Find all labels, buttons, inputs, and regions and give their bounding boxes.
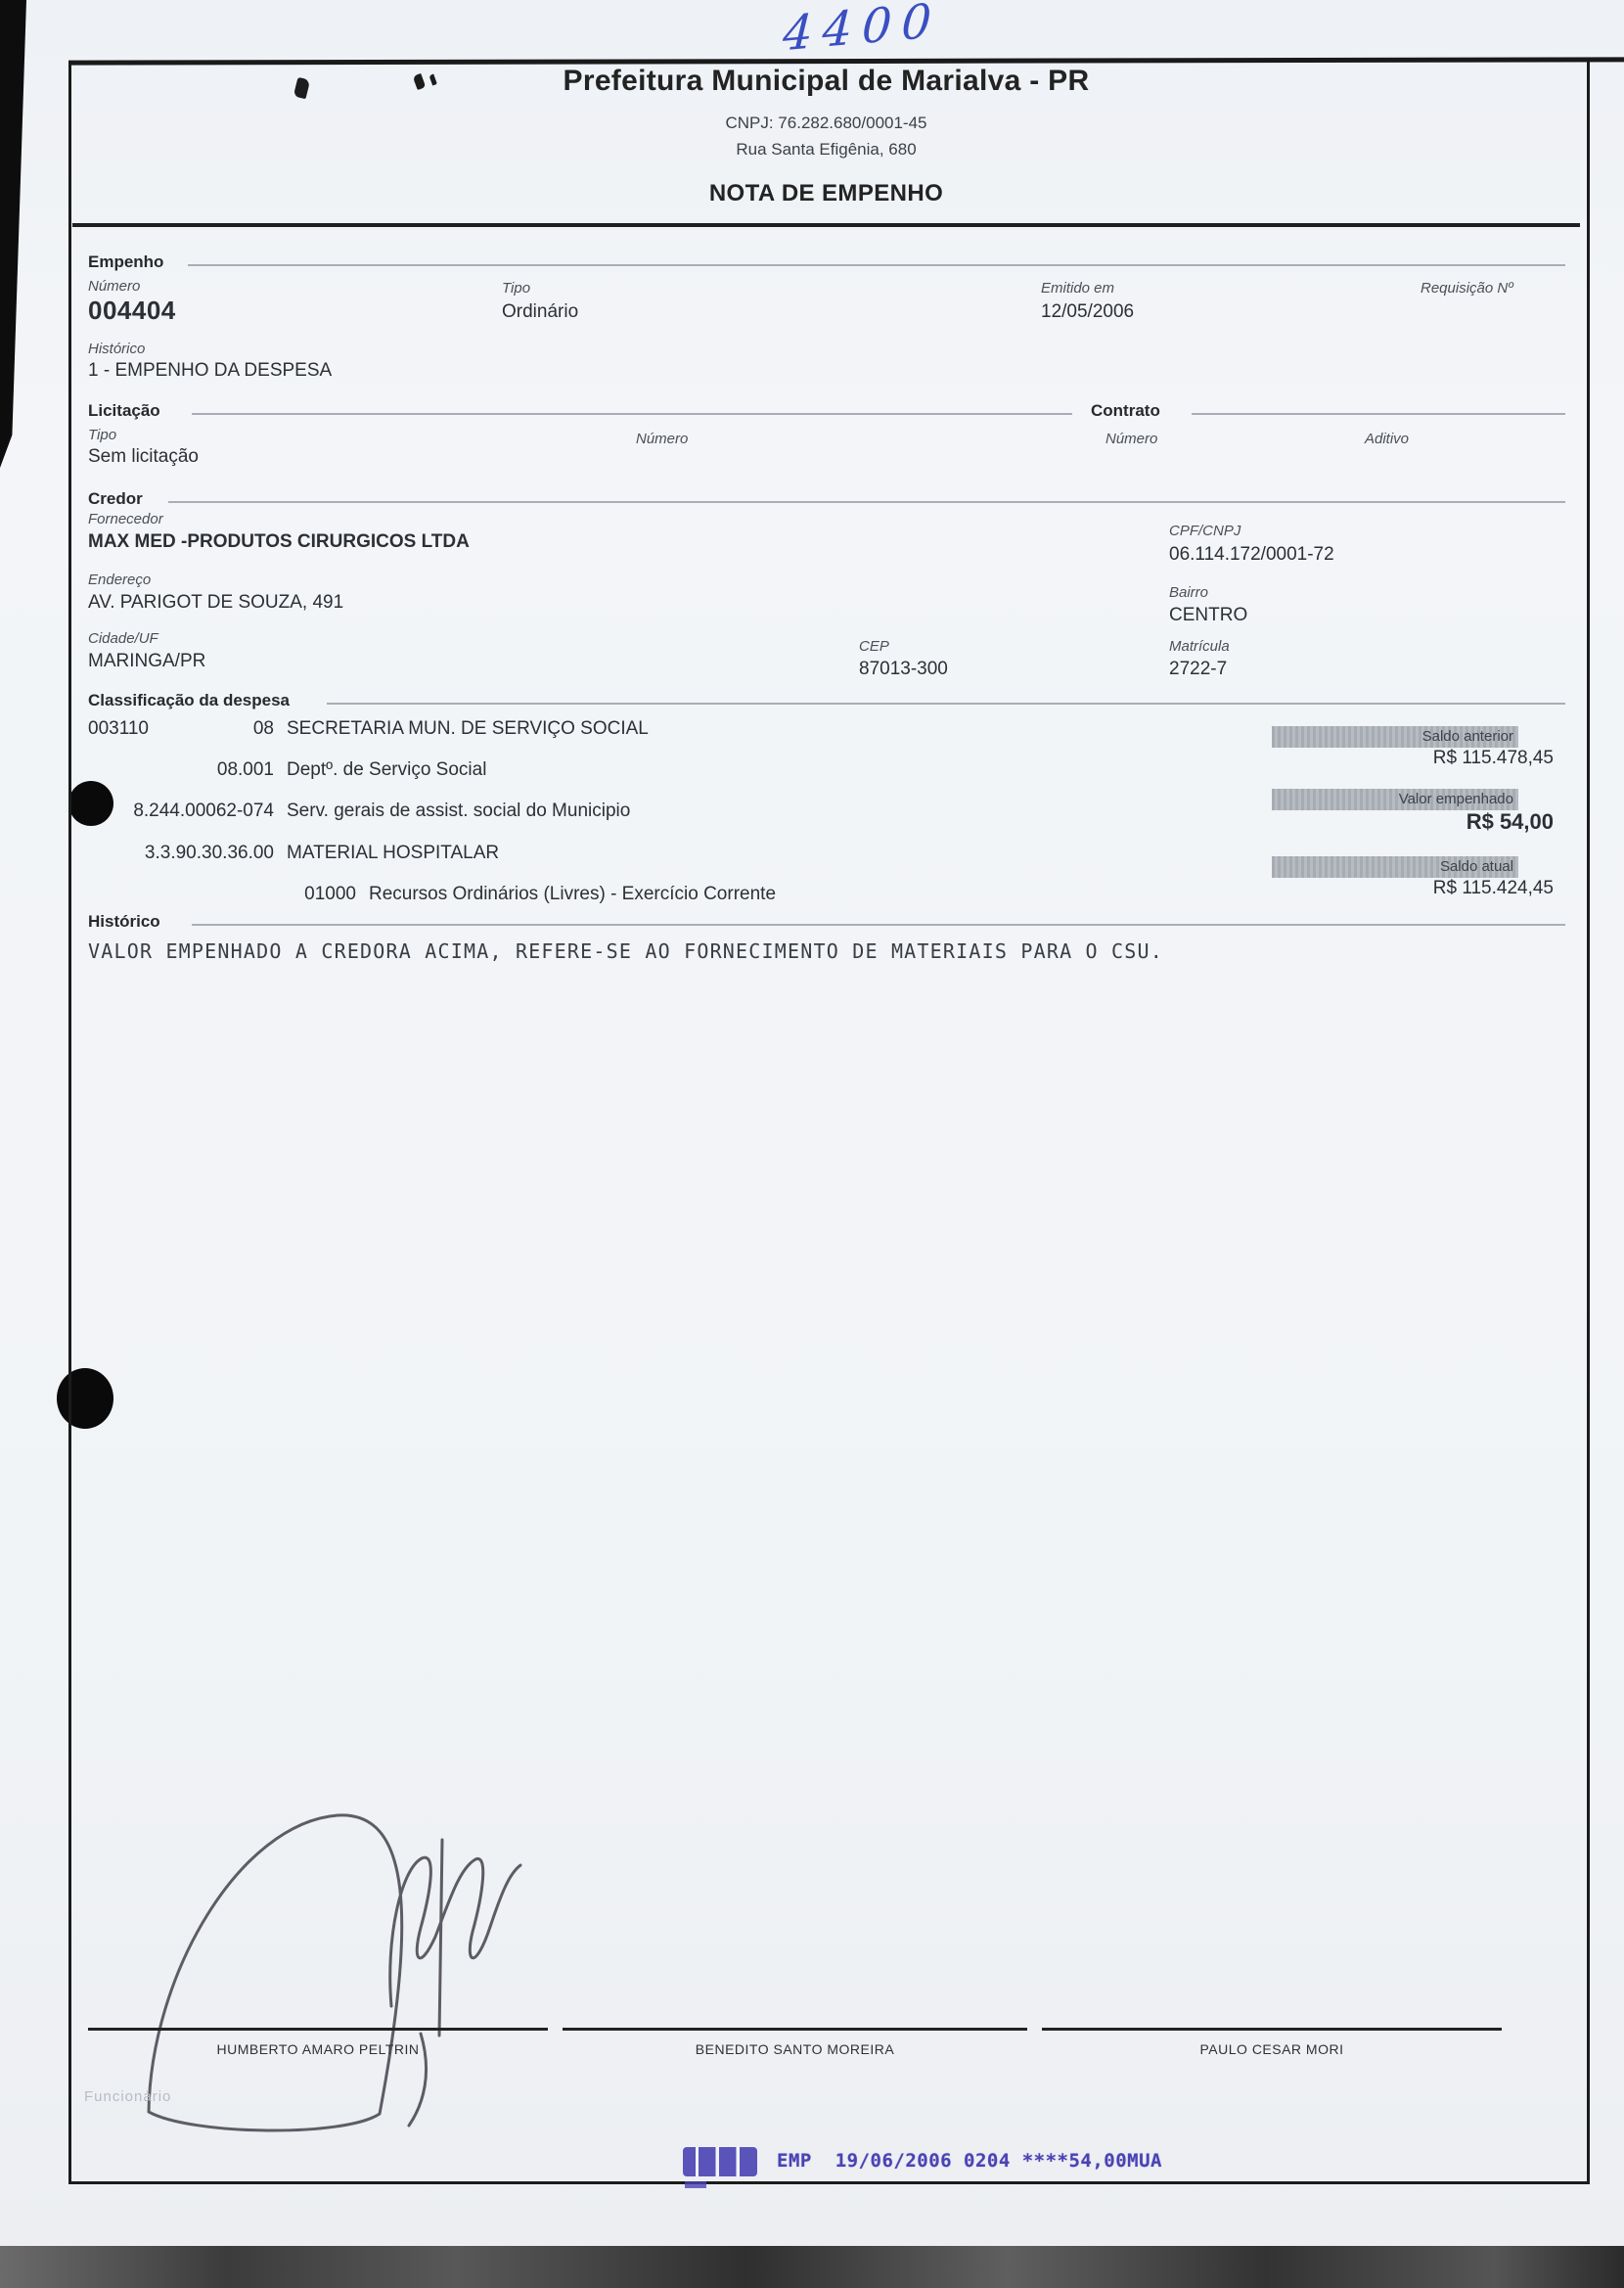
scan-edge-bottom — [0, 2246, 1624, 2288]
credor-bairro-label: Bairro — [1169, 584, 1208, 601]
signature-name: BENEDITO SANTO MOREIRA — [563, 2041, 1027, 2057]
credor-bairro-value: CENTRO — [1169, 605, 1247, 626]
handwritten-number: 4400 — [782, 0, 942, 62]
entity-cnpj: CNPJ: 76.282.680/0001-45 — [68, 114, 1584, 133]
contrato-aditivo-label: Aditivo — [1365, 431, 1409, 447]
classificacao-row: 8.244.00062-074Serv. gerais de assist. s… — [88, 801, 630, 822]
classificacao-desc: MATERIAL HOSPITALAR — [287, 843, 499, 863]
classificacao-desc: SECRETARIA MUN. DE SERVIÇO SOCIAL — [287, 718, 649, 739]
empenho-emitido-value: 12/05/2006 — [1041, 301, 1134, 323]
document-title: NOTA DE EMPENHO — [68, 180, 1584, 207]
signature-line — [88, 2028, 548, 2031]
classificacao-row: 003110 08SECRETARIA MUN. DE SERVIÇO SOCI… — [88, 718, 649, 740]
signature-name: HUMBERTO AMARO PELTRIN — [88, 2041, 548, 2057]
stamp-logo-dash — [685, 2181, 706, 2188]
section-rule — [327, 703, 1565, 705]
contrato-numero-label: Número — [1105, 431, 1157, 447]
corner-note: Funcionário — [84, 2088, 171, 2105]
credor-cep-label: CEP — [859, 638, 889, 655]
section-rule — [168, 501, 1565, 503]
section-rule — [192, 924, 1565, 926]
licitacao-tipo-label: Tipo — [88, 427, 116, 443]
valor-empenhado-bar: Valor empenhado — [1272, 789, 1518, 810]
classificacao-code: 8.244.00062-074 — [88, 801, 274, 822]
stamp-text: EMP 19/06/2006 0204 ****54,00MUA — [777, 2150, 1162, 2172]
header-separator — [72, 223, 1580, 227]
classificacao-code: 3.3.90.30.36.00 — [88, 843, 274, 864]
licitacao-numero-label: Número — [636, 431, 688, 447]
section-licitacao-label: Licitação — [88, 401, 160, 421]
empenho-requisicao-label: Requisição Nº — [1421, 280, 1513, 297]
section-classificacao-label: Classificação da despesa — [88, 691, 290, 710]
credor-cep-value: 87013-300 — [859, 659, 948, 680]
empenho-numero-label: Número — [88, 278, 140, 295]
entity-title: Prefeitura Municipal de Marialva - PR — [68, 65, 1584, 98]
empenho-tipo-value: Ordinário — [502, 301, 578, 323]
credor-cpf-label: CPF/CNPJ — [1169, 523, 1241, 539]
saldo-atual-value: R$ 115.424,45 — [1433, 878, 1554, 899]
empenho-historico-value: 1 - EMPENHO DA DESPESA — [88, 360, 332, 382]
credor-endereco-value: AV. PARIGOT DE SOUZA, 491 — [88, 592, 343, 614]
entity-address: Rua Santa Efigênia, 680 — [68, 140, 1584, 160]
saldo-anterior-bar: Saldo anterior — [1272, 726, 1518, 748]
section-empenho-label: Empenho — [88, 252, 163, 272]
credor-cidade-label: Cidade/UF — [88, 630, 158, 647]
historico-text: VALOR EMPENHADO A CREDORA ACIMA, REFERE-… — [88, 939, 1536, 963]
signature-line — [1042, 2028, 1502, 2031]
classificacao-prefix: 003110 — [88, 718, 149, 740]
classificacao-code: 08.001 — [88, 759, 274, 781]
classificacao-row: 01000Recursos Ordinários (Livres) - Exer… — [88, 884, 776, 905]
credor-endereco-label: Endereço — [88, 572, 151, 588]
credor-fornecedor-label: Fornecedor — [88, 511, 163, 527]
section-rule — [1192, 413, 1565, 415]
classificacao-desc: Serv. gerais de assist. social do Munici… — [287, 801, 630, 821]
classificacao-desc: Deptº. de Serviço Social — [287, 759, 486, 780]
signature-line — [563, 2028, 1027, 2031]
section-credor-label: Credor — [88, 489, 143, 509]
credor-cidade-value: MARINGA/PR — [88, 651, 205, 672]
empenho-tipo-label: Tipo — [502, 280, 530, 297]
section-contrato-label: Contrato — [1091, 401, 1160, 421]
classificacao-code: 01000 — [88, 884, 356, 905]
signature-ink — [98, 1799, 587, 2136]
empenho-numero-value: 004404 — [88, 296, 176, 326]
section-rule — [188, 264, 1565, 266]
licitacao-tipo-value: Sem licitação — [88, 446, 199, 468]
signature-name: PAULO CESAR MORI — [1042, 2041, 1502, 2057]
credor-matricula-value: 2722-7 — [1169, 659, 1227, 680]
section-rule — [192, 413, 1072, 415]
credor-matricula-label: Matrícula — [1169, 638, 1230, 655]
valor-empenhado-value: R$ 54,00 — [1466, 809, 1554, 835]
classificacao-row: 3.3.90.30.36.00MATERIAL HOSPITALAR — [88, 843, 499, 864]
credor-cpf-value: 06.114.172/0001-72 — [1169, 544, 1334, 566]
classificacao-desc: Recursos Ordinários (Livres) - Exercício… — [369, 884, 776, 904]
classificacao-row: 08.001Deptº. de Serviço Social — [88, 759, 486, 781]
scan-edge-left — [0, 0, 26, 468]
empenho-historico-label: Histórico — [88, 341, 145, 357]
section-historico-label: Histórico — [88, 912, 160, 932]
stamp-logo — [683, 2147, 757, 2176]
saldo-anterior-value: R$ 115.478,45 — [1433, 748, 1554, 769]
empenho-emitido-label: Emitido em — [1041, 280, 1114, 297]
saldo-atual-bar: Saldo atual — [1272, 856, 1518, 878]
credor-fornecedor-value: MAX MED -PRODUTOS CIRURGICOS LTDA — [88, 531, 470, 553]
